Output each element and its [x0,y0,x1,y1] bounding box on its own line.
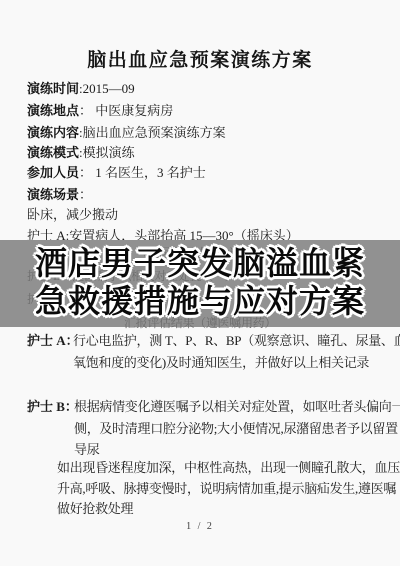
meta-row-mode: 演练模式:模拟演练 [27,142,135,161]
meta-row-content: 演练内容:脑出血应急预案演练方案 [27,122,226,141]
nurse-b-label: 护士 B： [27,396,78,415]
meta-value-participants: ： 1 名医生，3 名护士 [79,165,206,180]
overlay-banner: （遵医嘱开放静脉通道） 护士 B：遵医嘱予以相关对症处置（ ） 护士 C：遵医嘱… [0,240,400,327]
nurse-a-label: 护士 A： [27,330,79,349]
page-number: 1 / 2 [0,521,400,532]
meta-label-mode: 演练模式 [27,145,79,160]
meta-value-time: :2015—09 [79,81,135,96]
meta-label-place: 演练地点 [27,103,79,118]
nurse-a-line1: 行心电监护，测 T、P、R、BP（观察意识、瞳孔、尿量、血 [73,330,400,349]
nurse-b-line2: 侧，及时清理口腔分泌物;大小便情况,尿潴留患者予以留置 [74,418,398,437]
meta-value-place: ： 中医康复病房 [79,103,173,118]
meta-label-scene: 演练场景 [27,187,79,202]
document-title: 脑出血应急预案演练方案 [0,45,400,72]
banner-headline-line1: 酒店男子突发脑溢血紧 [0,246,400,280]
nurse-a-line2: 氧饱和度的变化)及时通知医生，并做好以上相关记录 [73,352,369,371]
warning-line3: 做好抢救处理 [57,498,133,517]
nurse-b-line3: 导尿 [74,439,99,458]
document-page: 脑出血应急预案演练方案 演练时间:2015—09 演练地点： 中医康复病房 演练… [0,0,400,566]
meta-value-scene: ： [79,187,92,202]
meta-value-mode: :模拟演练 [79,145,135,160]
meta-value-content: :脑出血应急预案演练方案 [79,125,226,140]
meta-label-time: 演练时间 [27,81,79,96]
meta-row-time: 演练时间:2015—09 [27,78,135,97]
warning-line2: 升高,呼吸、脉搏变慢时，说明病情加重,提示脑疝发生,遵医嘱 [57,478,396,497]
meta-row-place: 演练地点： 中医康复病房 [27,100,173,119]
meta-row-scene: 演练场景： [27,184,92,203]
scene-line-bedrest: 卧床，减少搬动 [27,204,118,223]
warning-line1: 如出现昏迷程度加深，中枢性高热，出现一侧瞳孔散大，血压 [57,457,400,476]
meta-label-content: 演练内容 [27,125,79,140]
meta-label-participants: 参加人员 [27,165,79,180]
banner-headline-line2: 急救援措施与应对方案 [0,284,400,318]
meta-row-participants: 参加人员： 1 名医生，3 名护士 [27,162,206,181]
nurse-b-line1: 根据病情变化遵医嘱予以相关对症处置，如呕吐者头偏向一 [74,396,400,415]
